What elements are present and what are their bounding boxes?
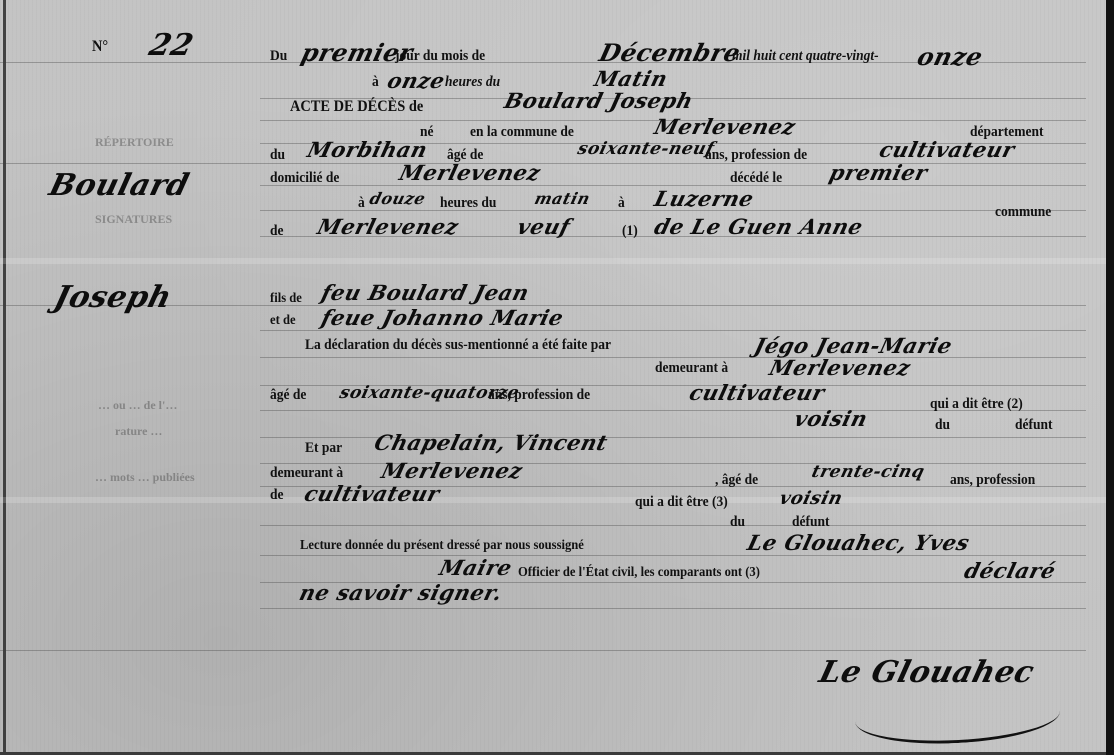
print-ans-profession-2: ans, profession — [950, 472, 1035, 489]
signature-flourish — [854, 685, 1061, 749]
light-band — [0, 497, 1106, 503]
print-jour-du-mois: jour du mois de — [395, 48, 485, 65]
margin-faded-note: … ou … de l'… — [98, 398, 177, 413]
print-et-de: et de — [270, 313, 296, 329]
birth-department: Morbihan — [305, 137, 430, 162]
death-period: matin — [533, 189, 593, 208]
deceased-profession: cultivateur — [877, 137, 1018, 162]
record-month: Décembre — [596, 38, 743, 67]
marital-status: veuf — [515, 214, 573, 239]
declarant2-profession: cultivateur — [302, 481, 443, 506]
print-et-par: Et par — [305, 440, 342, 457]
print-demeurant: demeurant à — [655, 360, 728, 377]
print-du: du — [935, 417, 950, 434]
margin-surname: Boulard — [46, 168, 193, 203]
document-page: N° 22 RÉPERTOIRE Boulard SIGNATURES Jose… — [0, 0, 1106, 752]
declarant2-age: trente-cinq — [810, 462, 927, 482]
declarant1-relation: voisin — [792, 406, 870, 431]
year-handwritten: onze — [914, 42, 986, 71]
margin-faded-stamp: RÉPERTOIRE — [95, 135, 174, 150]
print-du: Du — [270, 48, 287, 65]
death-day: premier — [827, 160, 930, 185]
ruled-line — [0, 650, 1086, 651]
print-qui-a-dit-etre-2: qui a dit être (3) — [635, 494, 728, 511]
spouse-name: de Le Guen Anne — [652, 214, 866, 239]
print-domicilie: domicilié de — [270, 170, 339, 187]
record-number: 22 — [146, 28, 197, 63]
print-ans-profession: ans, profession de — [705, 147, 807, 164]
print-heures: heures du — [445, 74, 500, 91]
closing-lecture: Lecture donnée du présent dressé par nou… — [300, 538, 584, 554]
print-year: mil huit cent quatre-vingt- — [732, 48, 879, 65]
death-place: Luzerne — [652, 186, 757, 211]
unable-to-sign: ne savoir signer. — [297, 580, 505, 605]
print-heures-du: heures du — [440, 195, 496, 212]
domicile-place: Merlevenez — [397, 160, 543, 185]
deceased-age: soixante-neuf — [576, 139, 717, 159]
print-fils-de: fils de — [270, 291, 302, 307]
margin-faded-note: … mots … publiées — [95, 470, 195, 485]
print-qui-a-dit-etre: qui a dit être (2) — [930, 396, 1023, 413]
print-defunt: défunt — [1015, 417, 1053, 434]
mayor-signature: Le Glouahec — [816, 655, 1038, 690]
print-age-de: âgé de — [270, 387, 306, 404]
declarant1-profession: cultivateur — [687, 380, 828, 405]
margin-given-name: Joseph — [51, 280, 176, 315]
officer-name: Le Glouahec, Yves — [745, 530, 972, 555]
mother-name: feue Johanno Marie — [319, 305, 566, 330]
death-commune: Merlevenez — [315, 214, 461, 239]
print-a-2: à — [618, 195, 625, 212]
ruled-line — [260, 357, 1086, 358]
declarant1-place: Merlevenez — [767, 355, 913, 380]
print-ans-profession: ans, profession de — [488, 387, 590, 404]
print-du-2: du — [730, 514, 745, 531]
death-hour: douze — [368, 189, 428, 208]
ruled-line — [260, 555, 1086, 556]
margin-faded-stamp-2: SIGNATURES — [95, 212, 172, 227]
print-a: à — [372, 74, 379, 91]
deceased-name: Boulard Joseph — [502, 88, 696, 113]
number-label: N° — [92, 38, 108, 56]
print-decede-le: décédé le — [730, 170, 782, 187]
print-en-la-commune: en la commune de — [470, 124, 574, 141]
ruled-line — [260, 525, 1086, 526]
print-de: de — [270, 487, 284, 504]
print-age-de-2: , âgé de — [715, 472, 758, 489]
acte-de-deces-title: ACTE DE DÉCÈS de — [290, 98, 423, 116]
officer-title: Maire — [437, 555, 515, 580]
ruled-line — [260, 330, 1086, 331]
ruled-line — [260, 608, 1086, 609]
print-de: de — [270, 223, 284, 240]
scan-right-edge — [1106, 0, 1114, 755]
declared-word: déclaré — [962, 558, 1059, 583]
print-du: du — [270, 147, 285, 164]
print-a: à — [358, 195, 365, 212]
declarant2-name: Chapelain, Vincent — [372, 430, 611, 455]
light-band — [0, 258, 1106, 264]
closing-officier: Officier de l'État civil, les comparants… — [518, 565, 760, 581]
print-demeurant-2: demeurant à — [270, 465, 343, 482]
margin-faded-note: rature … — [115, 424, 162, 439]
declaration-intro: La déclaration du décès sus-mentionné a … — [305, 337, 611, 354]
print-commune: commune — [995, 204, 1051, 221]
print-defunt-2: défunt — [792, 514, 830, 531]
declarant2-relation: voisin — [777, 488, 845, 509]
left-margin-rule — [3, 0, 6, 752]
record-hour: onze — [385, 68, 448, 93]
declarant2-place: Merlevenez — [379, 458, 525, 483]
footnote-1: (1) — [622, 223, 638, 240]
father-name: feu Boulard Jean — [319, 280, 532, 305]
birth-place: Merlevenez — [652, 114, 798, 139]
